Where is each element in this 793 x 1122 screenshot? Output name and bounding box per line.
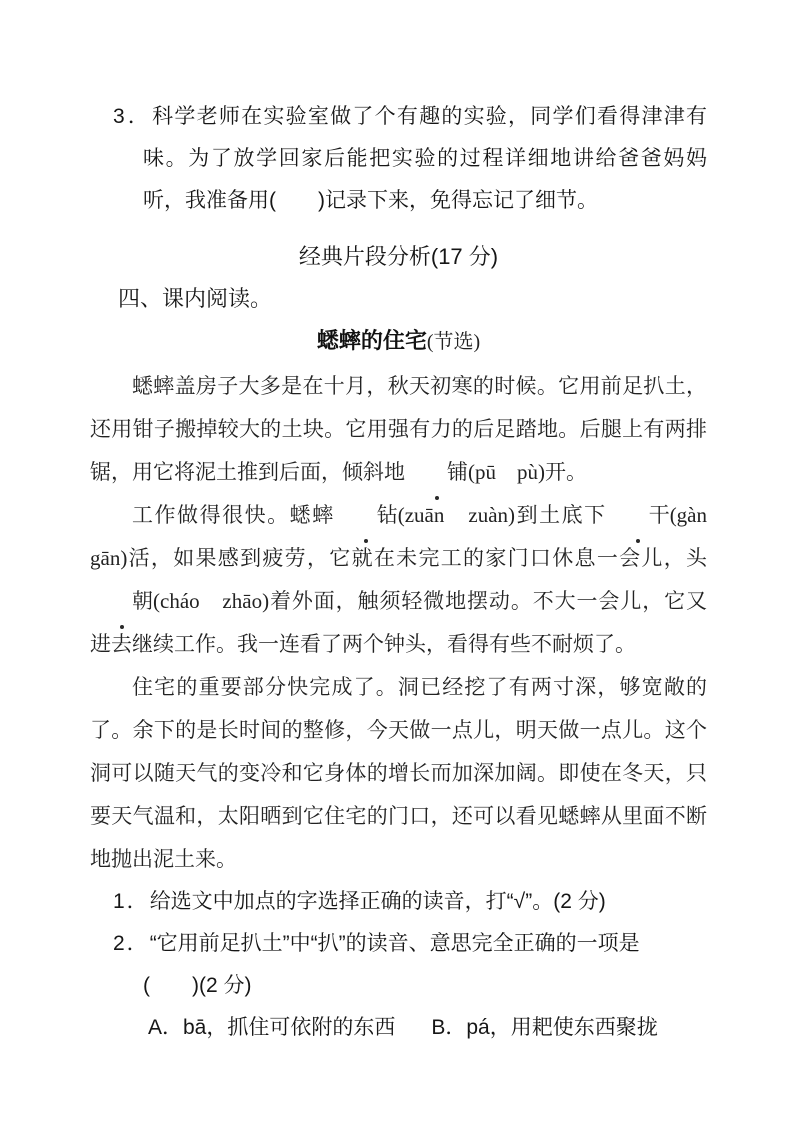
emphasized-char: 干 (607, 494, 670, 537)
section-heading: 经典片段分析(17 分) (90, 236, 707, 278)
passage-text-segment: (pū pù)开。 (468, 460, 587, 484)
question-3: 3．科学老师在实验室做了个有趣的实验，同学们看得津津有味。为了放学回家后能把实验… (113, 96, 707, 222)
option-b: B．pá，用耙使东西聚拢 (431, 1016, 657, 1039)
question-2-answer-blank: ( )(2 分) (113, 965, 707, 1007)
passage-text-segment: 住宅的重要部分快完成了。洞已经挖了有两寸深，够宽敞的了。余下的是长时间的整修，今… (90, 675, 707, 871)
emphasized-char: 钻 (335, 494, 398, 537)
passage-title-note: (节选) (427, 331, 480, 353)
passage: 蟋蟀盖房子大多是在十月，秋天初寒的时候。它用前足扒土，还用钳子搬掉较大的土块。它… (90, 365, 707, 881)
question-1-text: 给选文中加点的字选择正确的读音，打“√”。(2 分) (150, 890, 606, 913)
question-1-number: 1． (113, 890, 150, 913)
question-3-number: 3． (113, 105, 152, 128)
passage-paragraph-1: 蟋蟀盖房子大多是在十月，秋天初寒的时候。它用前足扒土，还用钳子搬掉较大的土块。它… (90, 365, 707, 494)
passage-paragraph-3: 住宅的重要部分快完成了。洞已经挖了有两寸深，够宽敞的了。余下的是长时间的整修，今… (90, 666, 707, 881)
passage-text-segment: 工作做得很快。蟋蟀 (132, 503, 335, 527)
worksheet-page: 3．科学老师在实验室做了个有趣的实验，同学们看得津津有味。为了放学回家后能把实验… (0, 0, 793, 1122)
question-2-text: “它用前足扒土”中“扒”的读音、意思完全正确的一项是 (150, 932, 640, 955)
passage-paragraph-2: 工作做得很快。蟋蟀钻(zuān zuàn)到土底下干(gàn gān)活，如果感… (90, 494, 707, 666)
option-a: A．bā，抓住可依附的东西 (148, 1016, 395, 1039)
section-four-title: 四、课内阅读。 (118, 278, 707, 320)
emphasized-char: 铺 (405, 451, 468, 494)
passage-text-segment: (cháo zhāo)着外面，触须轻微地摆动。不大一会儿，它又进去继续工作。我一… (90, 589, 707, 656)
question-2: 2．“它用前足扒土”中“扒”的读音、意思完全正确的一项是 (113, 923, 707, 965)
passage-title-main: 蟋蟀的住宅 (317, 328, 427, 353)
question-3-text: 科学老师在实验室做了个有趣的实验，同学们看得津津有味。为了放学回家后能把实验的过… (143, 105, 707, 212)
worksheet-content: 3．科学老师在实验室做了个有趣的实验，同学们看得津津有味。为了放学回家后能把实验… (90, 96, 707, 1049)
passage-text-segment: 蟋蟀盖房子大多是在十月，秋天初寒的时候。它用前足扒土，还用钳子搬掉较大的土块。它… (90, 374, 707, 484)
emphasized-char: 朝 (90, 580, 153, 623)
question-2-number: 2． (113, 932, 150, 955)
question-2-options: A．bā，抓住可依附的东西B．pá，用耙使东西聚拢 (148, 1007, 707, 1049)
passage-title: 蟋蟀的住宅(节选) (90, 320, 707, 365)
question-1: 1．给选文中加点的字选择正确的读音，打“√”。(2 分) (113, 881, 707, 923)
passage-text-segment: (zuān zuàn)到土底下 (398, 503, 607, 527)
